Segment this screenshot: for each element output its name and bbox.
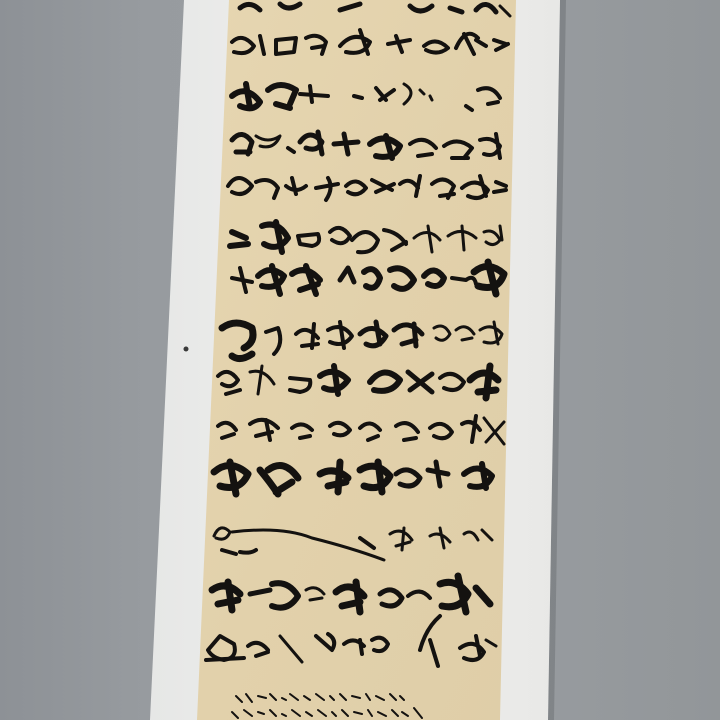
calligraphy-scroll (0, 0, 720, 720)
nail-hole (184, 347, 189, 352)
